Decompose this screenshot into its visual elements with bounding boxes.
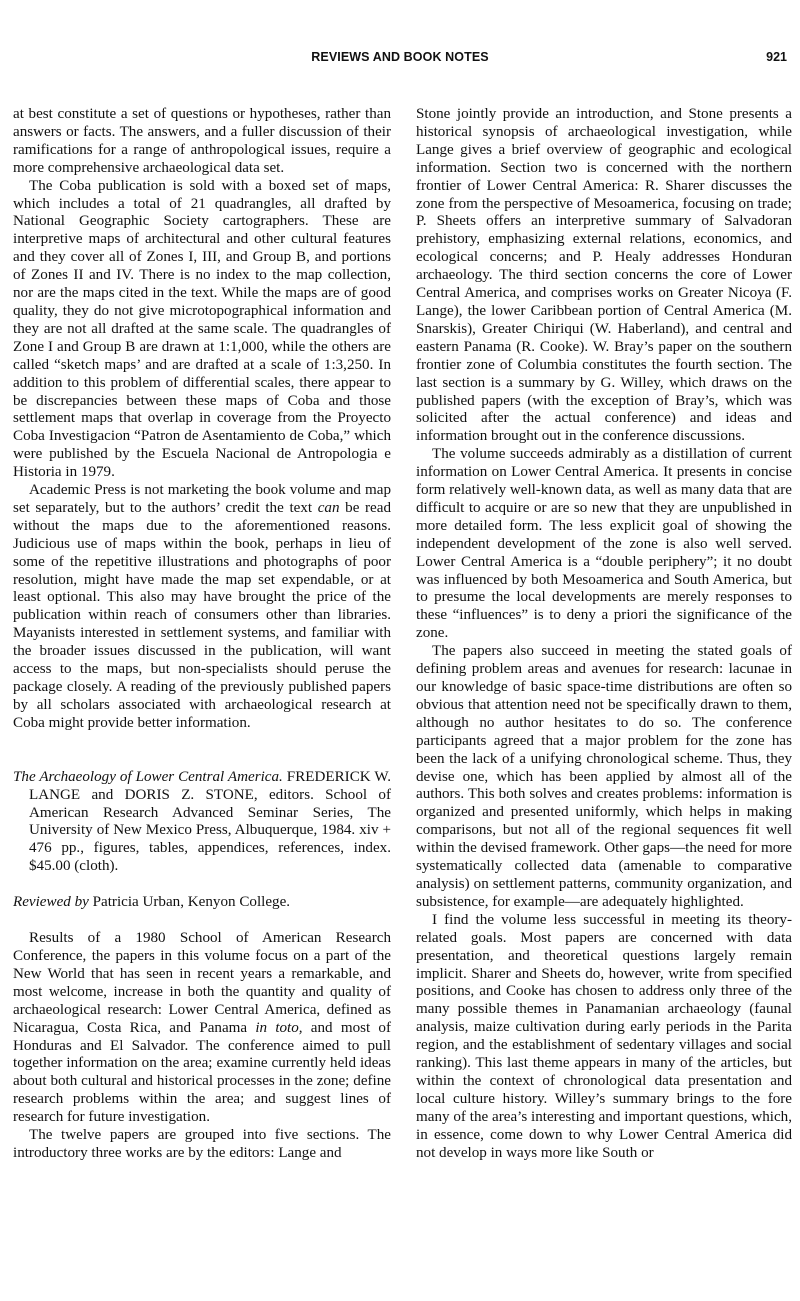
paragraph: Stone jointly provide an introduction, a… (416, 106, 792, 446)
reviewer-name: Patricia Urban, Kenyon College. (89, 894, 290, 910)
paragraph: The twelve papers are grouped into five … (13, 1127, 391, 1163)
text: be read without the maps due to the afor… (13, 500, 391, 731)
book-title: The Archaeology of Lower Central America… (13, 769, 283, 785)
paragraph: The volume succeeds admirably as a disti… (416, 446, 792, 643)
book-citation: The Archaeology of Lower Central America… (13, 769, 391, 876)
paragraph: I find the volume less successful in mee… (416, 912, 792, 1163)
emphasis: in toto, (255, 1020, 302, 1036)
reviewer-line: Reviewed by Patricia Urban, Kenyon Colle… (13, 894, 391, 912)
paragraph: Academic Press is not marketing the book… (13, 482, 391, 733)
paragraph: at best constitute a set of questions or… (13, 106, 391, 178)
page-number: 921 (766, 50, 787, 64)
reviewer-label: Reviewed by (13, 894, 89, 910)
right-column: Stone jointly provide an introduction, a… (416, 106, 792, 1162)
paragraph: Results of a 1980 School of American Res… (13, 930, 391, 1127)
running-header: REVIEWS AND BOOK NOTES 921 (0, 50, 800, 70)
paragraph: The papers also succeed in meeting the s… (416, 643, 792, 912)
paragraph: The Coba publication is sold with a boxe… (13, 178, 391, 482)
running-title: REVIEWS AND BOOK NOTES (0, 50, 800, 64)
emphasis: can (318, 500, 340, 516)
left-column: at best constitute a set of questions or… (13, 106, 391, 1163)
